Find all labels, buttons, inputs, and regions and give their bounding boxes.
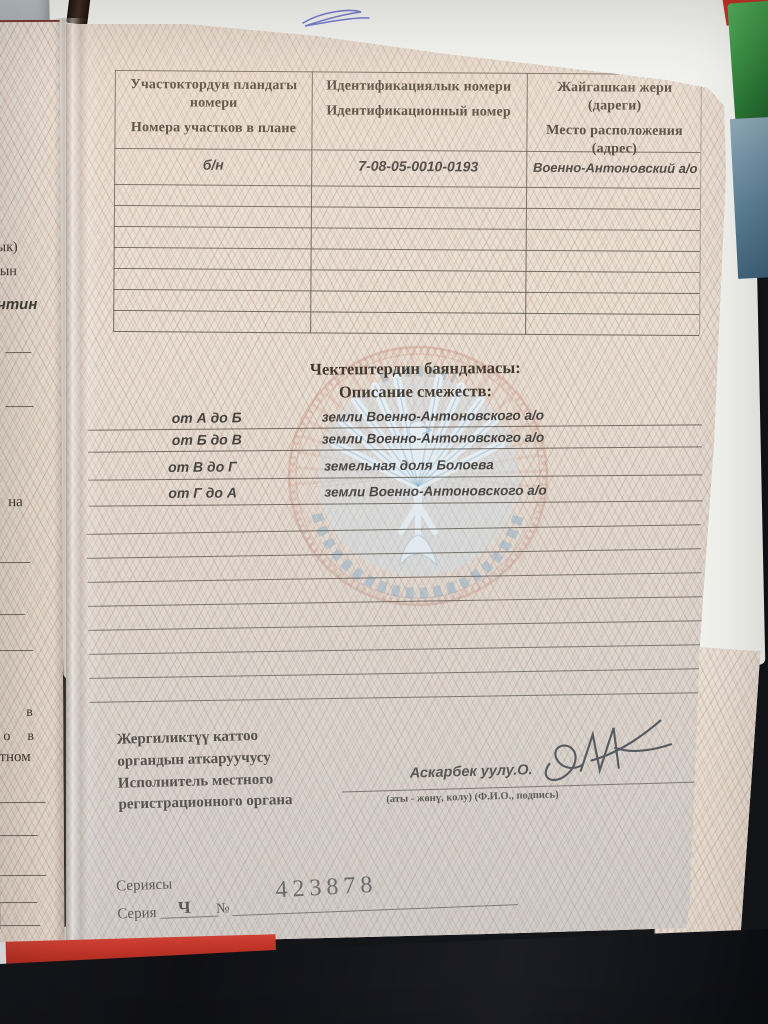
pen-object	[66, 0, 90, 25]
left-page-fragment: ын	[0, 264, 17, 280]
series-letter: Ч	[178, 898, 191, 918]
left-page-fragment: о	[3, 729, 10, 745]
series-section: Сериясы Серия Ч № 423878	[32, 9, 731, 960]
number-sign: №	[216, 901, 230, 918]
left-page-fragment: ык)	[0, 240, 18, 256]
left-page-fragment: в	[27, 729, 34, 745]
left-page-strip: ык) ын чтин на в о в тном	[0, 20, 64, 942]
series-label-ky: Сериясы	[116, 876, 173, 895]
document-page: Участоктордун пландагы номери Номера уча…	[66, 22, 730, 948]
left-page-fragment: чтин	[0, 296, 37, 313]
series-label-ru: Серия	[117, 905, 157, 923]
pen-scribble	[295, 4, 395, 34]
left-page-fragment: тном	[0, 749, 31, 766]
left-page-fragment: на	[8, 494, 23, 511]
left-page-fragment: в	[26, 705, 33, 721]
photo-canvas: ык) ын чтин на в о в тном	[0, 0, 768, 1024]
series-number: 423878	[275, 872, 378, 905]
